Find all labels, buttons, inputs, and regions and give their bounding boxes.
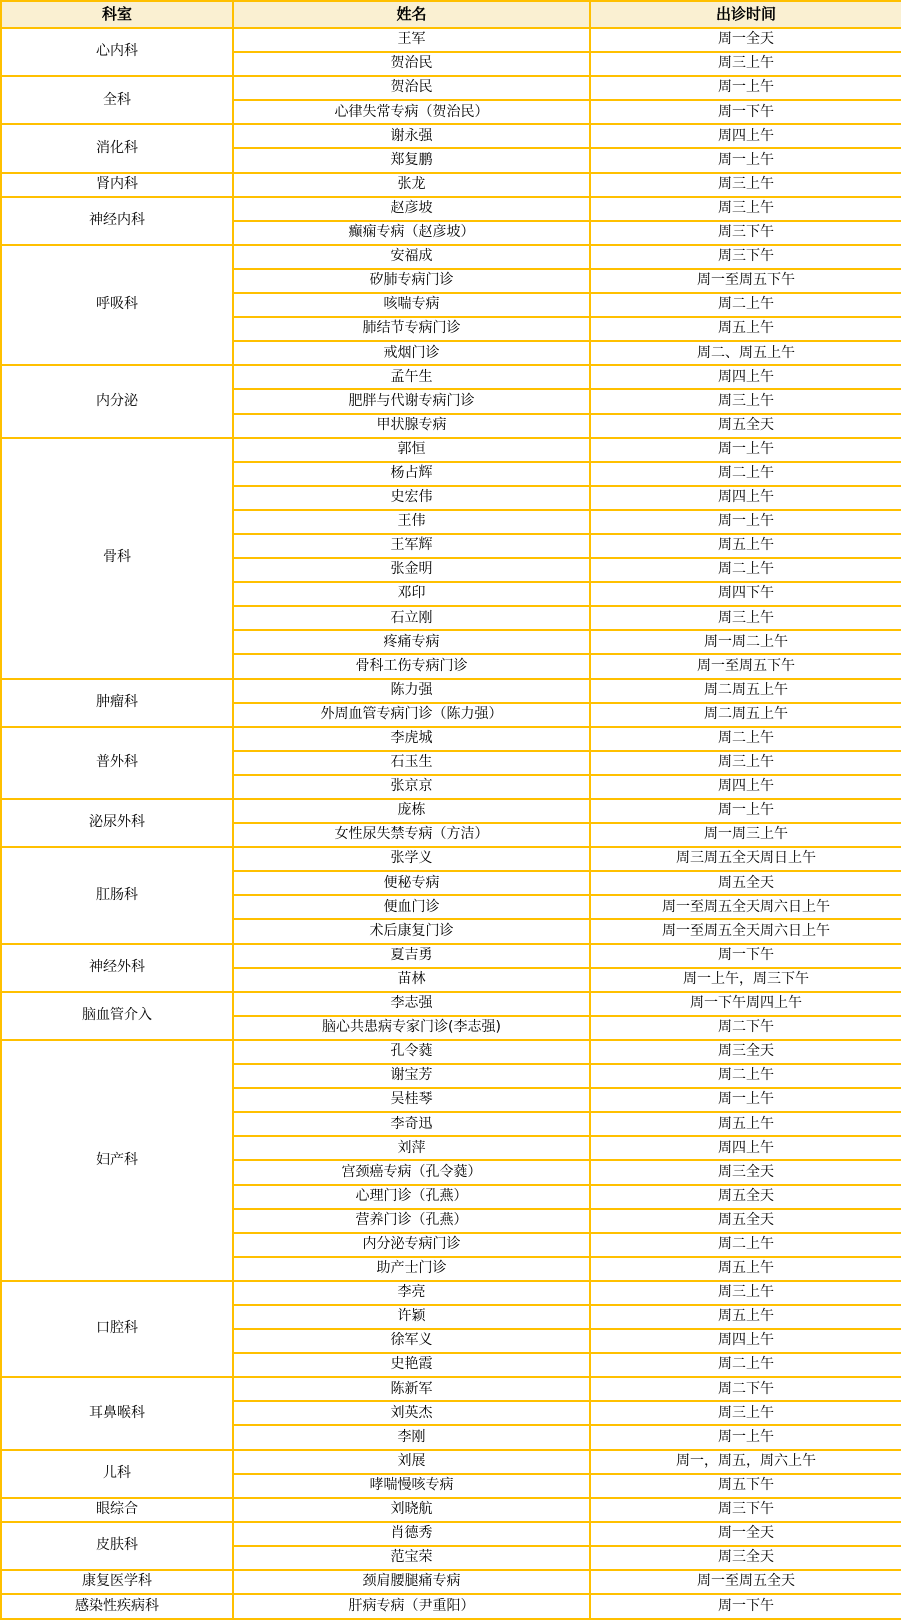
visit-time-cell: 周一下午 xyxy=(590,944,901,968)
department-cell: 呼吸科 xyxy=(1,245,233,365)
visit-time-cell: 周一至周五全天周六日上午 xyxy=(590,895,901,919)
visit-time-cell: 周三下午 xyxy=(590,245,901,269)
doctor-name-cell: 心律失常专病（贺治民） xyxy=(233,100,590,124)
table-row: 脑血管介入李志强周一下午周四上午 xyxy=(1,992,901,1016)
doctor-name-cell: 李亮 xyxy=(233,1281,590,1305)
visit-time-cell: 周三全天 xyxy=(590,1160,901,1184)
doctor-name-cell: 陈新军 xyxy=(233,1377,590,1401)
visit-time-cell: 周一周三上午 xyxy=(590,823,901,847)
doctor-name-cell: 刘英杰 xyxy=(233,1401,590,1425)
doctor-name-cell: 谢宝芳 xyxy=(233,1064,590,1088)
visit-time-cell: 周五上午 xyxy=(590,1112,901,1136)
table-row: 感染性疾病科肝病专病（尹重阳）周一下午 xyxy=(1,1594,901,1619)
visit-time-cell: 周三上午 xyxy=(590,52,901,76)
doctor-name-cell: 肖德秀 xyxy=(233,1522,590,1546)
visit-time-cell: 周一至周五下午 xyxy=(590,654,901,678)
doctor-name-cell: 孟午生 xyxy=(233,365,590,389)
doctor-name-cell: 咳喘专病 xyxy=(233,293,590,317)
visit-time-cell: 周三上午 xyxy=(590,1401,901,1425)
doctor-name-cell: 便秘专病 xyxy=(233,871,590,895)
table-row: 内分泌孟午生周四上午 xyxy=(1,365,901,389)
table-row: 肿瘤科陈力强周二周五上午 xyxy=(1,679,901,703)
header-row: 科室 姓名 出诊时间 xyxy=(1,1,901,28)
doctor-name-cell: 脑心共患病专家门诊(李志强) xyxy=(233,1016,590,1040)
doctor-name-cell: 矽肺专病门诊 xyxy=(233,269,590,293)
doctor-name-cell: 吴桂琴 xyxy=(233,1088,590,1112)
visit-time-cell: 周五上午 xyxy=(590,1257,901,1281)
visit-time-cell: 周一上午 xyxy=(590,148,901,172)
table-row: 口腔科李亮周三上午 xyxy=(1,1281,901,1305)
table-row: 肛肠科张学义周三周五全天周日上午 xyxy=(1,847,901,871)
table-row: 儿科刘展周一，周五，周六上午 xyxy=(1,1450,901,1474)
doctor-name-cell: 李刚 xyxy=(233,1425,590,1449)
visit-time-cell: 周三全天 xyxy=(590,1040,901,1064)
doctor-name-cell: 宫颈癌专病（孔令蕤） xyxy=(233,1160,590,1184)
visit-time-cell: 周二、周五上午 xyxy=(590,341,901,365)
department-cell: 神经内科 xyxy=(1,197,233,245)
visit-time-cell: 周一上午 xyxy=(590,1088,901,1112)
doctor-name-cell: 刘展 xyxy=(233,1450,590,1474)
doctor-name-cell: 石玉生 xyxy=(233,751,590,775)
doctor-name-cell: 刘萍 xyxy=(233,1136,590,1160)
table-row: 皮肤科肖德秀周一全天 xyxy=(1,1522,901,1546)
doctor-name-cell: 郭恒 xyxy=(233,438,590,462)
visit-time-cell: 周二上午 xyxy=(590,1064,901,1088)
schedule-table-body: 心内科王军周一全天贺治民周三上午全科贺治民周一上午心律失常专病（贺治民）周一下午… xyxy=(1,28,901,1619)
visit-time-cell: 周三周五全天周日上午 xyxy=(590,847,901,871)
visit-time-cell: 周一上午 xyxy=(590,1425,901,1449)
department-cell: 感染性疾病科 xyxy=(1,1594,233,1619)
doctor-name-cell: 孔令蕤 xyxy=(233,1040,590,1064)
department-cell: 肛肠科 xyxy=(1,847,233,943)
department-cell: 消化科 xyxy=(1,124,233,172)
visit-time-cell: 周一上午，周三下午 xyxy=(590,968,901,992)
doctor-name-cell: 史宏伟 xyxy=(233,486,590,510)
visit-time-cell: 周二上午 xyxy=(590,293,901,317)
doctor-name-cell: 王军 xyxy=(233,28,590,52)
table-row: 眼综合刘晓航周三下午 xyxy=(1,1498,901,1522)
department-cell: 全科 xyxy=(1,76,233,124)
doctor-name-cell: 王伟 xyxy=(233,510,590,534)
doctor-name-cell: 赵彦坡 xyxy=(233,197,590,221)
visit-time-cell: 周二下午 xyxy=(590,1377,901,1401)
visit-time-cell: 周五全天 xyxy=(590,414,901,438)
doctor-name-cell: 石立刚 xyxy=(233,606,590,630)
doctor-name-cell: 甲状腺专病 xyxy=(233,414,590,438)
visit-time-cell: 周一下午 xyxy=(590,100,901,124)
doctor-name-cell: 范宝荣 xyxy=(233,1546,590,1570)
doctor-name-cell: 夏吉勇 xyxy=(233,944,590,968)
visit-time-cell: 周四下午 xyxy=(590,582,901,606)
visit-time-cell: 周三上午 xyxy=(590,1281,901,1305)
department-cell: 皮肤科 xyxy=(1,1522,233,1570)
doctor-name-cell: 张金明 xyxy=(233,558,590,582)
visit-time-cell: 周一，周五，周六上午 xyxy=(590,1450,901,1474)
department-cell: 耳鼻喉科 xyxy=(1,1377,233,1449)
doctor-name-cell: 外周血管专病门诊（陈力强） xyxy=(233,703,590,727)
doctor-name-cell: 肝病专病（尹重阳） xyxy=(233,1594,590,1619)
table-row: 呼吸科安福成周三下午 xyxy=(1,245,901,269)
table-row: 心内科王军周一全天 xyxy=(1,28,901,52)
header-name: 姓名 xyxy=(233,1,590,28)
visit-time-cell: 周三上午 xyxy=(590,173,901,197)
department-cell: 心内科 xyxy=(1,28,233,76)
header-department: 科室 xyxy=(1,1,233,28)
visit-time-cell: 周四上午 xyxy=(590,775,901,799)
department-cell: 儿科 xyxy=(1,1450,233,1498)
outpatient-schedule-table: 科室 姓名 出诊时间 心内科王军周一全天贺治民周三上午全科贺治民周一上午心律失常… xyxy=(0,0,901,1620)
table-row: 消化科谢永强周四上午 xyxy=(1,124,901,148)
visit-time-cell: 周二下午 xyxy=(590,1016,901,1040)
doctor-name-cell: 张学义 xyxy=(233,847,590,871)
doctor-name-cell: 颈肩腰腿痛专病 xyxy=(233,1570,590,1594)
visit-time-cell: 周一上午 xyxy=(590,438,901,462)
visit-time-cell: 周二上午 xyxy=(590,558,901,582)
visit-time-cell: 周三下午 xyxy=(590,1498,901,1522)
doctor-name-cell: 张京京 xyxy=(233,775,590,799)
doctor-name-cell: 肺结节专病门诊 xyxy=(233,317,590,341)
visit-time-cell: 周四上午 xyxy=(590,1136,901,1160)
table-row: 妇产科孔令蕤周三全天 xyxy=(1,1040,901,1064)
doctor-name-cell: 心理门诊（孔燕） xyxy=(233,1185,590,1209)
table-row: 神经外科夏吉勇周一下午 xyxy=(1,944,901,968)
doctor-name-cell: 哮喘慢咳专病 xyxy=(233,1474,590,1498)
visit-time-cell: 周二上午 xyxy=(590,727,901,751)
doctor-name-cell: 杨占辉 xyxy=(233,462,590,486)
department-cell: 口腔科 xyxy=(1,1281,233,1377)
department-cell: 泌尿外科 xyxy=(1,799,233,847)
doctor-name-cell: 安福成 xyxy=(233,245,590,269)
visit-time-cell: 周一周二上午 xyxy=(590,630,901,654)
doctor-name-cell: 庞栋 xyxy=(233,799,590,823)
visit-time-cell: 周五上午 xyxy=(590,534,901,558)
visit-time-cell: 周五全天 xyxy=(590,1209,901,1233)
doctor-name-cell: 癫痫专病（赵彦坡） xyxy=(233,221,590,245)
department-cell: 内分泌 xyxy=(1,365,233,437)
doctor-name-cell: 贺治民 xyxy=(233,76,590,100)
visit-time-cell: 周二上午 xyxy=(590,1353,901,1377)
visit-time-cell: 周三全天 xyxy=(590,1546,901,1570)
visit-time-cell: 周三上午 xyxy=(590,197,901,221)
visit-time-cell: 周三上午 xyxy=(590,751,901,775)
doctor-name-cell: 便血门诊 xyxy=(233,895,590,919)
visit-time-cell: 周一上午 xyxy=(590,76,901,100)
doctor-name-cell: 苗林 xyxy=(233,968,590,992)
department-cell: 眼综合 xyxy=(1,1498,233,1522)
visit-time-cell: 周一至周五下午 xyxy=(590,269,901,293)
doctor-name-cell: 术后康复门诊 xyxy=(233,919,590,943)
doctor-name-cell: 李虎城 xyxy=(233,727,590,751)
department-cell: 肾内科 xyxy=(1,173,233,197)
visit-time-cell: 周五全天 xyxy=(590,871,901,895)
table-row: 骨科郭恒周一上午 xyxy=(1,438,901,462)
doctor-name-cell: 李奇迅 xyxy=(233,1112,590,1136)
table-row: 肾内科张龙周三上午 xyxy=(1,173,901,197)
table-row: 泌尿外科庞栋周一上午 xyxy=(1,799,901,823)
doctor-name-cell: 刘晓航 xyxy=(233,1498,590,1522)
doctor-name-cell: 徐军义 xyxy=(233,1329,590,1353)
doctor-name-cell: 疼痛专病 xyxy=(233,630,590,654)
department-cell: 肿瘤科 xyxy=(1,679,233,727)
visit-time-cell: 周四上午 xyxy=(590,365,901,389)
visit-time-cell: 周三上午 xyxy=(590,606,901,630)
visit-time-cell: 周一下午 xyxy=(590,1594,901,1619)
visit-time-cell: 周三下午 xyxy=(590,221,901,245)
doctor-name-cell: 王军辉 xyxy=(233,534,590,558)
table-row: 耳鼻喉科陈新军周二下午 xyxy=(1,1377,901,1401)
visit-time-cell: 周二上午 xyxy=(590,462,901,486)
visit-time-cell: 周三上午 xyxy=(590,389,901,413)
department-cell: 康复医学科 xyxy=(1,1570,233,1594)
table-row: 全科贺治民周一上午 xyxy=(1,76,901,100)
visit-time-cell: 周一上午 xyxy=(590,510,901,534)
table-row: 普外科李虎城周二上午 xyxy=(1,727,901,751)
department-cell: 妇产科 xyxy=(1,1040,233,1281)
visit-time-cell: 周一全天 xyxy=(590,28,901,52)
doctor-name-cell: 戒烟门诊 xyxy=(233,341,590,365)
visit-time-cell: 周五上午 xyxy=(590,1305,901,1329)
doctor-name-cell: 营养门诊（孔燕） xyxy=(233,1209,590,1233)
doctor-name-cell: 贺治民 xyxy=(233,52,590,76)
doctor-name-cell: 内分泌专病门诊 xyxy=(233,1233,590,1257)
visit-time-cell: 周一下午周四上午 xyxy=(590,992,901,1016)
header-visit-time: 出诊时间 xyxy=(590,1,901,28)
department-cell: 神经外科 xyxy=(1,944,233,992)
doctor-name-cell: 许颖 xyxy=(233,1305,590,1329)
department-cell: 骨科 xyxy=(1,438,233,679)
visit-time-cell: 周二周五上午 xyxy=(590,679,901,703)
department-cell: 普外科 xyxy=(1,727,233,799)
visit-time-cell: 周四上午 xyxy=(590,124,901,148)
visit-time-cell: 周一至周五全天周六日上午 xyxy=(590,919,901,943)
visit-time-cell: 周一全天 xyxy=(590,1522,901,1546)
doctor-name-cell: 谢永强 xyxy=(233,124,590,148)
doctor-name-cell: 肥胖与代谢专病门诊 xyxy=(233,389,590,413)
doctor-name-cell: 邓印 xyxy=(233,582,590,606)
table-row: 康复医学科颈肩腰腿痛专病周一至周五全天 xyxy=(1,1570,901,1594)
visit-time-cell: 周二上午 xyxy=(590,1233,901,1257)
visit-time-cell: 周四上午 xyxy=(590,1329,901,1353)
doctor-name-cell: 张龙 xyxy=(233,173,590,197)
table-header: 科室 姓名 出诊时间 xyxy=(1,1,901,28)
visit-time-cell: 周五下午 xyxy=(590,1474,901,1498)
department-cell: 脑血管介入 xyxy=(1,992,233,1040)
doctor-name-cell: 郑复鹏 xyxy=(233,148,590,172)
visit-time-cell: 周二周五上午 xyxy=(590,703,901,727)
visit-time-cell: 周一至周五全天 xyxy=(590,1570,901,1594)
visit-time-cell: 周五上午 xyxy=(590,317,901,341)
doctor-name-cell: 女性尿失禁专病（方洁） xyxy=(233,823,590,847)
doctor-name-cell: 李志强 xyxy=(233,992,590,1016)
doctor-name-cell: 骨科工伤专病门诊 xyxy=(233,654,590,678)
doctor-name-cell: 史艳霞 xyxy=(233,1353,590,1377)
visit-time-cell: 周一上午 xyxy=(590,799,901,823)
table-row: 神经内科赵彦坡周三上午 xyxy=(1,197,901,221)
doctor-name-cell: 助产士门诊 xyxy=(233,1257,590,1281)
visit-time-cell: 周五全天 xyxy=(590,1185,901,1209)
visit-time-cell: 周四上午 xyxy=(590,486,901,510)
doctor-name-cell: 陈力强 xyxy=(233,679,590,703)
